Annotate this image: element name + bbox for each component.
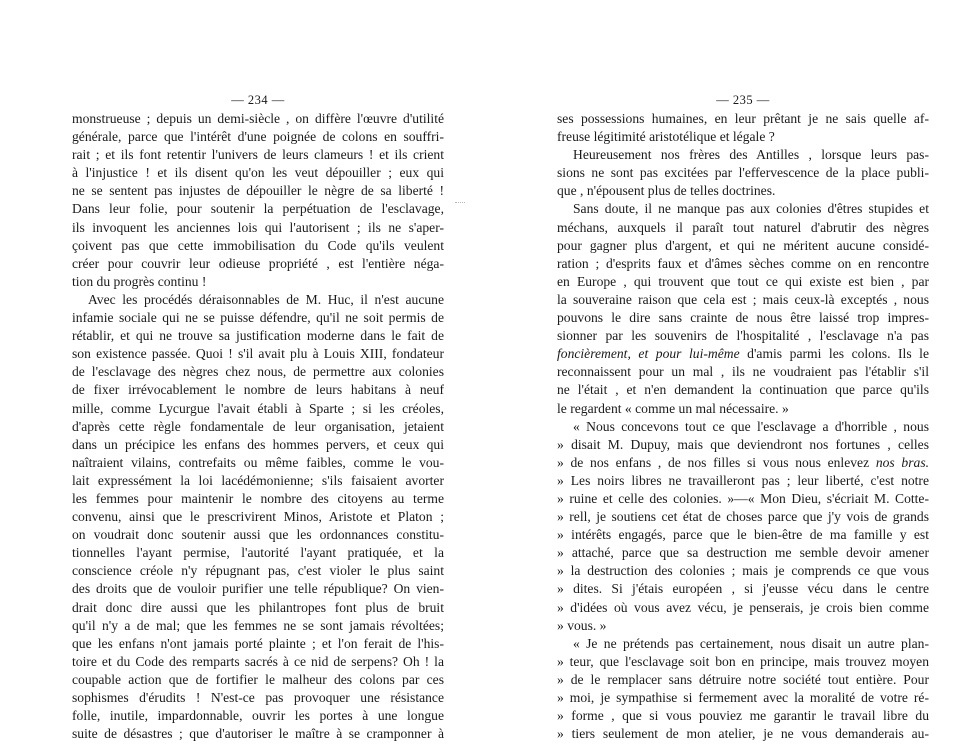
text-line: » de le remplacer sans détruire notre so… bbox=[557, 671, 929, 689]
text-line: pouvons le dire sans crainte de nous êtr… bbox=[557, 309, 929, 327]
text-line: que les enfans n'ont jamais porté plaint… bbox=[72, 635, 444, 653]
text-line: de l'esclavage des nègres chez nous, de … bbox=[72, 363, 444, 381]
text-line: reconnaissent pour un mal , ils ne voudr… bbox=[557, 363, 929, 381]
text-line: pour gagner plus d'argent, et qui ne mér… bbox=[557, 237, 929, 255]
text-line: les femmes pour maintenir le nombre des … bbox=[72, 490, 444, 508]
text-line: ne l'était , et n'en demandent la contin… bbox=[557, 381, 929, 399]
text-line: la souveraine raison que cela est ; mais… bbox=[557, 291, 929, 309]
text-line: générale, parce que l'intérêt d'une poig… bbox=[72, 128, 444, 146]
left-page: — 234 — monstrueuse ; depuis un demi-siè… bbox=[72, 92, 444, 743]
text-line: » teur, que l'esclavage soit bon en prin… bbox=[557, 653, 929, 671]
text-line: » intérêts engagés, parce que le bien-êt… bbox=[557, 526, 929, 544]
text-line: de fixer irrévocablement le nombre de le… bbox=[72, 381, 444, 399]
text-line: » Les noirs libres ne travailleront pas … bbox=[557, 472, 929, 490]
text-line: lait expressément la loi lacédémonienne;… bbox=[72, 472, 444, 490]
text-line: créer pour couvrir leur odieuse propriét… bbox=[72, 255, 444, 273]
text-line: ne se sentent pas injustes de dépouiller… bbox=[72, 182, 444, 200]
text-line: dans un précipice les enfans des hommes … bbox=[72, 436, 444, 454]
right-page-body: ses possessions humaines, en leur prêtan… bbox=[557, 110, 929, 743]
text-line: son existence passée. Quoi ! s'il avait … bbox=[72, 345, 444, 363]
text-line: toire et du Code des remparts sacrés à c… bbox=[72, 653, 444, 671]
text-line: que , n'épousent plus de telles doctrine… bbox=[557, 182, 929, 200]
text-line: » la destruction des colonies ; mais je … bbox=[557, 562, 929, 580]
page-number-234: — 234 — bbox=[72, 92, 444, 110]
text-line: Sans doute, il ne manque pas aux colonie… bbox=[557, 200, 929, 218]
text-line: qu'il n'y a de mal; que les femmes ne se… bbox=[72, 617, 444, 635]
text-line: » attaché, parce que sa destruction me s… bbox=[557, 544, 929, 562]
text-line: ils invoquent les anciennes lois qui l'a… bbox=[72, 219, 444, 237]
text-line: infamie sociale qui ne se puisse défendr… bbox=[72, 309, 444, 327]
text-line: » vous. » bbox=[557, 617, 929, 635]
text-line: » disait M. Dupuy, mais que deviendront … bbox=[557, 436, 929, 454]
text-line: sions ne sont pas excitées par l'efferve… bbox=[557, 164, 929, 182]
text-line: rétablir, et qui ne trouve sa justificat… bbox=[72, 327, 444, 345]
text-line: Avec les procédés déraisonnables de M. H… bbox=[72, 291, 444, 309]
text-line: le regardent « comme un mal nécessaire. … bbox=[557, 400, 929, 418]
text-line: folle, inutile, impardonnable, ouvrir le… bbox=[72, 707, 444, 725]
text-line: méchans, auxquels il paraît tout naturel… bbox=[557, 219, 929, 237]
text-line: çoivent pas que cette immobilisation du … bbox=[72, 237, 444, 255]
text-line: foncièrement, et pour lui-même d'amis pa… bbox=[557, 345, 929, 363]
text-line: » dites. Si j'étais européen , si j'euss… bbox=[557, 580, 929, 598]
text-line: suite de désastres ; que d'autoriser le … bbox=[72, 725, 444, 743]
text-line: mille, comme Lycurgue l'avait établi à S… bbox=[72, 400, 444, 418]
text-line: conscience créole n'y répugnant pas, c'e… bbox=[72, 562, 444, 580]
text-line: naîtraient vilains, contrefaits ou même … bbox=[72, 454, 444, 472]
text-line: » forme , que si vous pouviez me garanti… bbox=[557, 707, 929, 725]
text-line: freuse légitimité aristotélique et légal… bbox=[557, 128, 929, 146]
text-line: des droits que de vouloir purifier une t… bbox=[72, 580, 444, 598]
text-line: on voudrait donc soutenir aussi que les … bbox=[72, 526, 444, 544]
text-line: convenu, ainsi que le prescrivirent Mino… bbox=[72, 508, 444, 526]
left-page-body: monstrueuse ; depuis un demi-siècle , on… bbox=[72, 110, 444, 743]
text-line: ses possessions humaines, en leur prêtan… bbox=[557, 110, 929, 128]
text-line: sionner par les souvenirs de l'hospitali… bbox=[557, 327, 929, 345]
text-line: monstrueuse ; depuis un demi-siècle , on… bbox=[72, 110, 444, 128]
page-number-235: — 235 — bbox=[557, 92, 929, 110]
text-line: » d'idées où vous avez vécu, je penserai… bbox=[557, 599, 929, 617]
text-line: Dans leur folie, pour soutenir la perpét… bbox=[72, 200, 444, 218]
book-spread: — 234 — monstrueuse ; depuis un demi-siè… bbox=[0, 0, 980, 746]
text-line: » ruine et celle des colonies. »—« Mon D… bbox=[557, 490, 929, 508]
text-line: Heureusement nos frères des Antilles , l… bbox=[557, 146, 929, 164]
gutter-mark bbox=[455, 202, 465, 205]
text-line: » rell, je soutiens cet état de choses p… bbox=[557, 508, 929, 526]
text-line: en Europe , qui trouvent que tout ce qui… bbox=[557, 273, 929, 291]
text-line: à l'injustice ! et ils disent qu'on les … bbox=[72, 164, 444, 182]
text-line: sophismes d'érudits ! N'est-ce pas provo… bbox=[72, 689, 444, 707]
text-line: coupable action que de fortifier le malh… bbox=[72, 671, 444, 689]
text-line: ration ; d'esprits faux et d'âmes sèches… bbox=[557, 255, 929, 273]
text-line: tion du progrès continu ! bbox=[72, 273, 444, 291]
text-line: d'après cette règle fondamentale de leur… bbox=[72, 418, 444, 436]
text-line: » de nos enfans , de nos filles si vous … bbox=[557, 454, 929, 472]
text-line: « Nous concevons tout ce que l'esclavage… bbox=[557, 418, 929, 436]
text-line: drait donc dire aussi que les philantrop… bbox=[72, 599, 444, 617]
right-page: — 235 — ses possessions humaines, en leu… bbox=[557, 92, 929, 743]
text-line: « Je ne prétends pas certainement, nous … bbox=[557, 635, 929, 653]
text-line: rait ; et ils font retentir l'univers de… bbox=[72, 146, 444, 164]
text-line: tionnelles l'ayant permise, l'autorité l… bbox=[72, 544, 444, 562]
text-line: » moi, je sympathise si fermement avec l… bbox=[557, 689, 929, 707]
text-line: » tiers seulement de mon atelier, je ne … bbox=[557, 725, 929, 743]
